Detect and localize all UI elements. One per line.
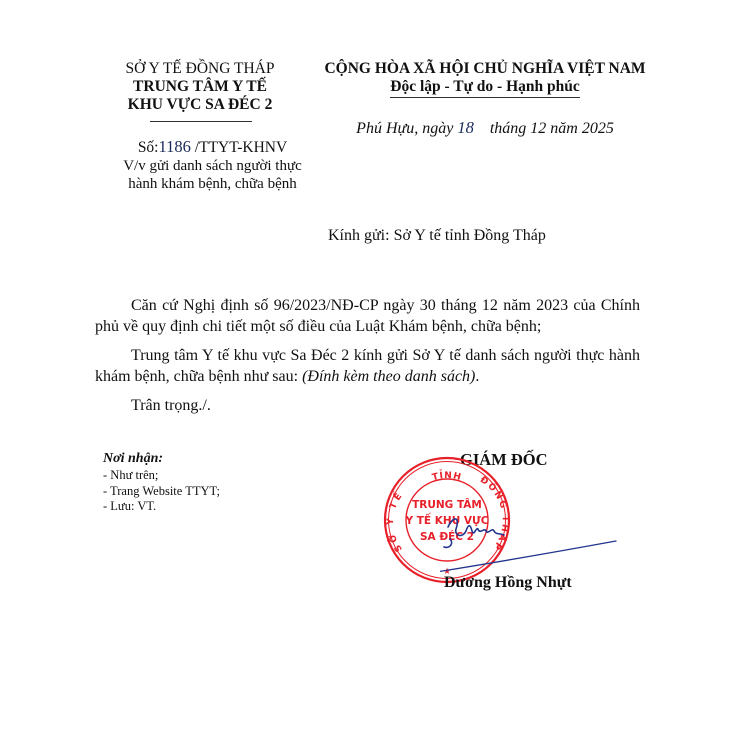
- request-end: .: [475, 368, 479, 385]
- subject-line2: hành khám bệnh, chữa bệnh: [100, 175, 325, 193]
- organization-name-line1: TRUNG TÂM Y TẾ: [100, 78, 300, 96]
- subject-line1: V/v gửi danh sách người thực: [100, 157, 325, 175]
- document-number-suffix: /TTYT-KHNV: [191, 139, 287, 156]
- receivers-list: Nơi nhận: - Như trên; - Trang Website TT…: [103, 450, 303, 515]
- body-paragraph-request: Trung tâm Y tế khu vực Sa Đéc 2 kính gửi…: [95, 346, 640, 387]
- national-motto: Độc lập - Tự do - Hạnh phúc: [390, 78, 579, 98]
- closing-line: Trân trọng./.: [95, 396, 640, 417]
- receiver-item: - Lưu: VT.: [103, 499, 303, 515]
- place-and-date: Phú Hựu, ngày 18 tháng 12 năm 2025: [305, 118, 665, 139]
- svg-text:SỞ Y TẾ: SỞ Y TẾ: [384, 488, 406, 554]
- national-header: CỘNG HÒA XÃ HỘI CHỦ NGHĨA VIỆT NAM Độc l…: [305, 60, 665, 98]
- parent-organization: SỞ Y TẾ ĐỒNG THÁP: [100, 60, 300, 78]
- issuing-organization: SỞ Y TẾ ĐỒNG THÁP TRUNG TÂM Y TẾ KHU VỰC…: [100, 60, 300, 114]
- recipient-line: Kính gửi: Sở Y tế tỉnh Đồng Tháp: [328, 226, 658, 246]
- national-title: CỘNG HÒA XÃ HỘI CHỦ NGHĨA VIỆT NAM: [305, 60, 665, 78]
- place-prefix: Phú Hựu, ngày: [356, 120, 457, 137]
- document-number-prefix: Số:: [138, 139, 159, 156]
- receivers-title: Nơi nhận:: [103, 450, 303, 468]
- signer-name: Dương Hồng Nhựt: [444, 574, 614, 592]
- document-number: Số:1186 /TTYT-KHNV: [100, 138, 325, 157]
- attachment-note: (Đính kèm theo danh sách): [302, 368, 475, 385]
- receiver-item: - Trang Website TTYT;: [103, 484, 303, 500]
- receiver-item: - Như trên;: [103, 468, 303, 484]
- document-body: Căn cứ Nghị định số 96/2023/NĐ-CP ngày 3…: [95, 296, 640, 426]
- date-day: 18: [457, 118, 474, 137]
- handwritten-signature-icon: [440, 505, 620, 585]
- date-suffix: tháng 12 năm 2025: [474, 120, 614, 137]
- document-number-value: 1186: [159, 137, 191, 156]
- svg-text:TỈNH: TỈNH: [431, 469, 463, 483]
- organization-name-line2: KHU VỰC SA ĐÉC 2: [100, 96, 300, 114]
- document-subject: V/v gửi danh sách người thực hành khám b…: [100, 157, 325, 193]
- header-divider: [150, 121, 252, 122]
- body-paragraph-legal-basis: Căn cứ Nghị định số 96/2023/NĐ-CP ngày 3…: [95, 296, 640, 337]
